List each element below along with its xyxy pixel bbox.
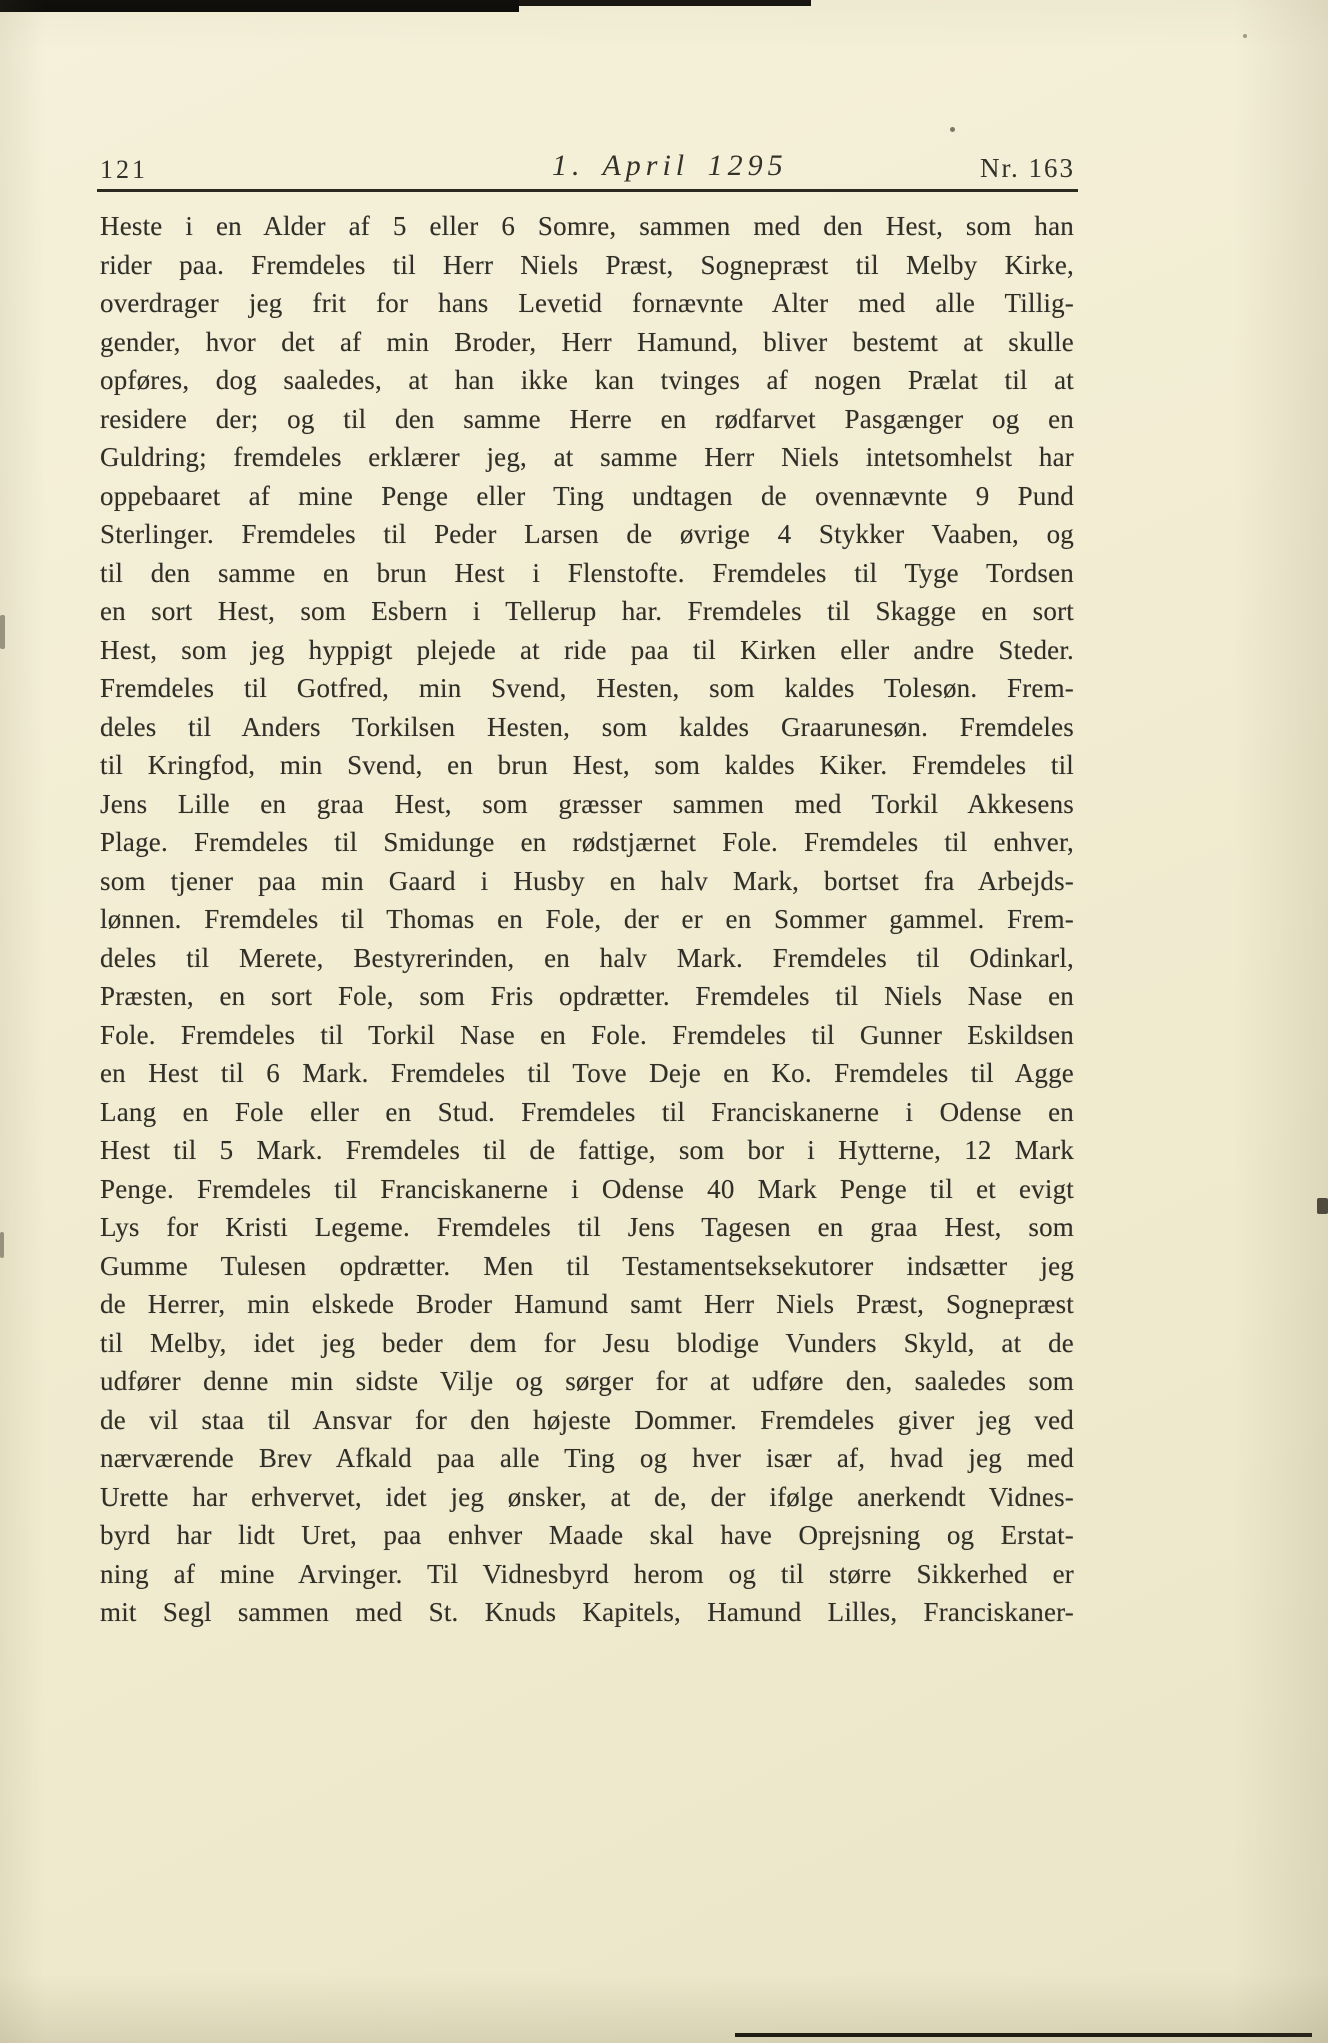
text-line: Sterlinger. Fremdeles til Peder Larsen d… [100, 515, 1074, 554]
text-line: til Kringfod, min Svend, en brun Hest, s… [100, 746, 1074, 785]
text-line: Præsten, en sort Fole, som Fris opdrætte… [100, 977, 1074, 1016]
text-line: gender, hvor det af min Broder, Herr Ham… [100, 323, 1074, 362]
text-line: Lys for Kristi Legeme. Fremdeles til Jen… [100, 1208, 1074, 1247]
text-line: Plage. Fremdeles til Smidunge en rødstjæ… [100, 823, 1074, 862]
text-line: udfører denne min sidste Vilje og sørger… [100, 1362, 1074, 1401]
text-line: de vil staa til Ansvar for den højeste D… [100, 1401, 1074, 1440]
text-line: Jens Lille en graa Hest, som græsser sam… [100, 785, 1074, 824]
scan-artifact-top-bar-thin [519, 0, 811, 6]
text-line: Penge. Fremdeles til Franciskanerne i Od… [100, 1170, 1074, 1209]
text-line: ning af mine Arvinger. Til Vidnesbyrd he… [100, 1555, 1074, 1594]
text-line: til Melby, idet jeg beder dem for Jesu b… [100, 1324, 1074, 1363]
scan-artifact-top-bar [0, 0, 519, 12]
text-line: Guldring; fremdeles erklærer jeg, at sam… [100, 438, 1074, 477]
text-line: Heste i en Alder af 5 eller 6 Somre, sam… [100, 207, 1074, 246]
scan-artifact-smudge [0, 1232, 4, 1258]
text-line: til den samme en brun Hest i Flenstofte.… [100, 554, 1074, 593]
text-line: deles til Anders Torkilsen Hesten, som k… [100, 708, 1074, 747]
text-line: byrd har lidt Uret, paa enhver Maade ska… [100, 1516, 1074, 1555]
scan-artifact-speck [1243, 34, 1247, 38]
text-line: oppebaaret af mine Penge eller Ting undt… [100, 477, 1074, 516]
text-line: mit Segl sammen med St. Knuds Kapitels, … [100, 1593, 1074, 1632]
text-line: overdrager jeg frit for hans Levetid for… [100, 284, 1074, 323]
scanned-book-page: 121 1. April 1295 Nr. 163 Heste i en Ald… [0, 0, 1328, 2043]
text-line: residere der; og til den samme Herre en … [100, 400, 1074, 439]
text-line: Lang en Fole eller en Stud. Fremdeles ti… [100, 1093, 1074, 1132]
text-line: lønnen. Fremdeles til Thomas en Fole, de… [100, 900, 1074, 939]
document-body: Heste i en Alder af 5 eller 6 Somre, sam… [100, 207, 1074, 1632]
text-line: opføres, dog saaledes, at han ikke kan t… [100, 361, 1074, 400]
text-line: Fremdeles til Gotfred, min Svend, Hesten… [100, 669, 1074, 708]
page-number: 121 [100, 155, 148, 185]
text-line: en sort Hest, som Esbern i Tellerup har.… [100, 592, 1074, 631]
header-date: 1. April 1295 [552, 149, 788, 183]
text-line: Hest, som jeg hyppigt plejede at ride pa… [100, 631, 1074, 670]
text-line: deles til Merete, Bestyrerinden, en halv… [100, 939, 1074, 978]
text-line: som tjener paa min Gaard i Husby en halv… [100, 862, 1074, 901]
text-line: en Hest til 6 Mark. Fremdeles til Tove D… [100, 1054, 1074, 1093]
scan-artifact-bottom-line [735, 2033, 1312, 2037]
text-line: de Herrer, min elskede Broder Hamund sam… [100, 1285, 1074, 1324]
text-line: rider paa. Fremdeles til Herr Niels Præs… [100, 246, 1074, 285]
text-line: Gumme Tulesen opdrætter. Men til Testame… [100, 1247, 1074, 1286]
text-line: Fole. Fremdeles til Torkil Nase en Fole.… [100, 1016, 1074, 1055]
text-line: Urette har erhvervet, idet jeg ønsker, a… [100, 1478, 1074, 1517]
text-line: Hest til 5 Mark. Fremdeles til de fattig… [100, 1131, 1074, 1170]
document-number: Nr. 163 [980, 153, 1075, 184]
scan-artifact-smudge [0, 615, 5, 649]
header-rule [97, 189, 1078, 192]
text-line: nærværende Brev Afkald paa alle Ting og … [100, 1439, 1074, 1478]
running-head: 121 1. April 1295 Nr. 163 [100, 149, 1075, 191]
scan-artifact-speck [950, 127, 955, 132]
scan-artifact-edge-mark [1317, 1198, 1328, 1214]
